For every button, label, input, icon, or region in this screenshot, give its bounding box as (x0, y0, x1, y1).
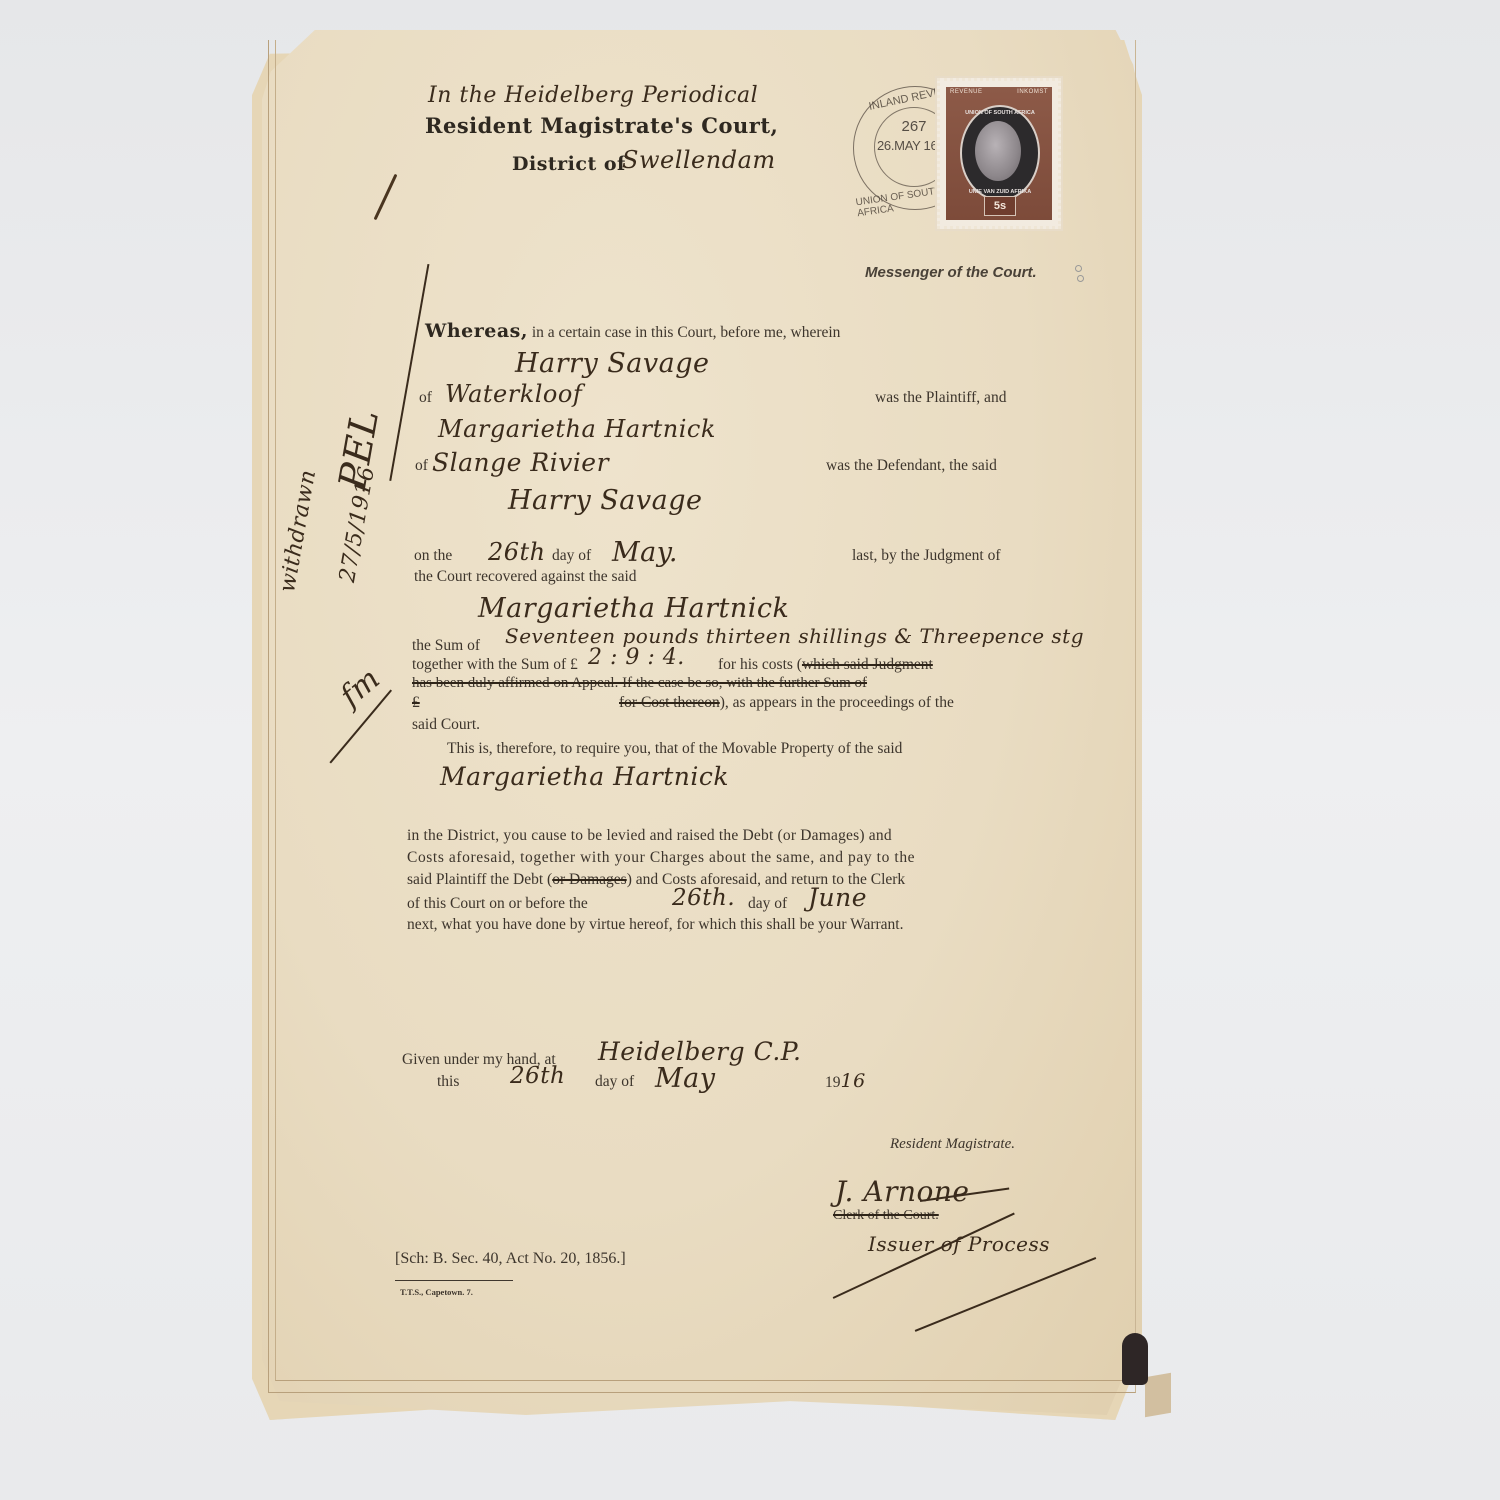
movable-owner-name: Margarietha Hartnick (440, 762, 729, 791)
of-label: of (415, 457, 428, 475)
return-day: 26th. (672, 885, 735, 911)
struck-pound-sign: £ (412, 694, 420, 711)
printed-court-title: Resident Magistrate's Court, (425, 113, 778, 138)
issuer-of-process: Issuer of Process (868, 1232, 1050, 1256)
appears-line: £ (412, 694, 420, 712)
stamp-inkomst-label: INKOMST (1017, 89, 1048, 95)
struck-cost-thereon: for Cost thereon (619, 694, 720, 711)
defendant-role: was the Defendant, the said (826, 457, 997, 475)
for-his-costs-text: for his costs ( (718, 656, 802, 673)
magistrate-signature: J. Arnone (835, 1175, 969, 1208)
day-of-label-2: day of (748, 895, 787, 913)
this-label: this (437, 1073, 459, 1091)
stamp-top-labels: REVENUE INKOMST (950, 89, 1048, 95)
schedule-reference: [Sch: B. Sec. 40, Act No. 20, 1856.] (395, 1250, 626, 1268)
struck-judgment-text: which said Judgment (802, 656, 933, 673)
year-printed: 19 (825, 1074, 841, 1091)
para3-start: said Plaintiff the Debt ( (407, 871, 552, 888)
together-with-text: together with the Sum of £ (412, 656, 578, 673)
said-defendant-name: Margarietha Hartnick (478, 593, 789, 624)
costs-line: together with the Sum of £ (412, 656, 578, 674)
said-court-text: said Court. (412, 716, 480, 734)
year-handwritten: 16 (841, 1070, 866, 1092)
judgment-month: May. (612, 537, 678, 568)
on-the-label: on the (414, 547, 452, 565)
last-judgment-text: last, by the Judgment of (852, 547, 1001, 565)
therefore-text: This is, therefore, to require you, that… (447, 740, 902, 758)
judgment-day: 26th (488, 538, 546, 566)
defendant-place: Slange Rivier (432, 448, 609, 477)
handwritten-court-name: In the Heidelberg Periodical (428, 83, 758, 108)
district-value: Swellendam (622, 146, 776, 174)
given-month: May (655, 1063, 716, 1094)
paragraph-line-4: of this Court on or before the (407, 895, 588, 913)
stamp-oval-bottom-text: UNIE VAN ZUID AFRIKA (962, 189, 1038, 195)
appears-line-right: for Cost thereon), as appears in the pro… (619, 694, 954, 712)
whereas-intro: in a certain case in this Court, before … (532, 324, 841, 341)
plaintiff-place: Waterkloof (445, 380, 582, 408)
given-place: Heidelberg C.P. (598, 1037, 801, 1066)
of-label: of (419, 389, 432, 407)
court-recovered-text: the Court recovered against the said (414, 568, 637, 586)
paper-hole (1122, 1333, 1148, 1385)
pin-hole (1075, 265, 1082, 272)
stamp-frame: REVENUE INKOMST UNION OF SOUTH AFRICA UN… (946, 87, 1052, 220)
pin-hole (1077, 275, 1084, 282)
postmark-date: 26.MAY 16 (877, 138, 937, 153)
struck-appeal-text: has been duly affirmed on Appeal. If the… (412, 675, 867, 692)
struck-or-damages: or Damages (552, 871, 626, 888)
printer-imprint: T.T.S., Capetown. 7. (400, 1287, 473, 1297)
whereas-line: Whereas, in a certain case in this Court… (425, 320, 840, 342)
given-day-of-label: day of (595, 1073, 634, 1091)
resident-magistrate-label: Resident Magistrate. (890, 1136, 1015, 1153)
costs-clause: for his costs (which said Judgment (718, 656, 933, 674)
given-day: 26th (510, 1063, 565, 1089)
plaintiff-name: Harry Savage (515, 348, 710, 379)
stamp-oval-top-text: UNION OF SOUTH AFRICA (962, 110, 1038, 116)
defendant-name: Margarietha Hartnick (438, 415, 716, 443)
paper-tear (1145, 1373, 1171, 1418)
stamp-portrait-oval: UNION OF SOUTH AFRICA UNIE VAN ZUID AFRI… (960, 105, 1040, 201)
paragraph-line-1: in the District, you cause to be levied … (407, 827, 892, 845)
king-portrait-icon (975, 121, 1021, 181)
day-of-label: day of (552, 547, 591, 565)
costs-value: 2 : 9 : 4. (588, 645, 685, 670)
said-plaintiff-name: Harry Savage (508, 485, 703, 516)
plaintiff-role: was the Plaintiff, and (875, 389, 1006, 407)
margin-note-initials: PEL (330, 406, 387, 492)
stamp-revenue-label: REVENUE (950, 89, 983, 95)
district-label: District of (512, 153, 626, 175)
whereas-word: Whereas, (425, 320, 528, 342)
clerk-of-court-struck: Clerk of the Court. (833, 1208, 939, 1224)
paragraph-line-5: next, what you have done by virtue hereo… (407, 916, 903, 934)
stamp-value: 5s (984, 196, 1016, 216)
paragraph-line-2: Costs aforesaid, together with your Char… (407, 849, 915, 867)
footer-rule (395, 1280, 513, 1281)
return-month: June (808, 883, 867, 912)
as-appears-text: ), as appears in the proceedings of the (720, 694, 954, 711)
given-year: 1916 (825, 1070, 866, 1092)
addressee-line: Messenger of the Court. (865, 264, 1037, 281)
sum-of-label: the Sum of (412, 637, 480, 655)
revenue-stamp: REVENUE INKOMST UNION OF SOUTH AFRICA UN… (937, 78, 1061, 229)
